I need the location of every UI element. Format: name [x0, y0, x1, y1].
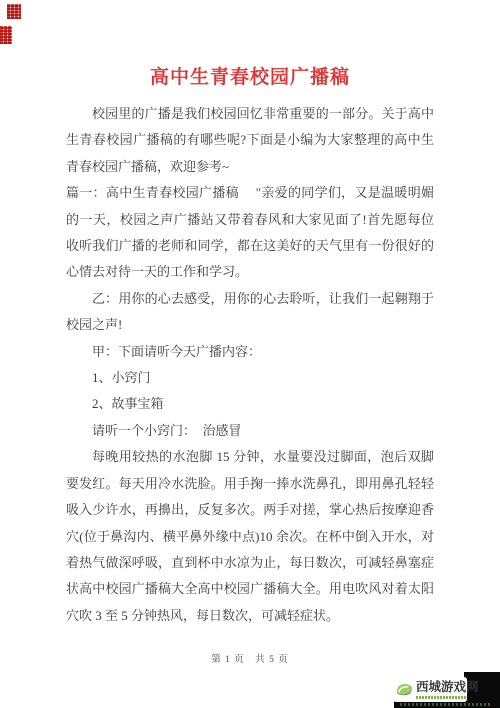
paragraph: 每晚用较热的水泡脚 15 分钟，水量要没过脚面，泡后双脚要发红。每天用冷水洗脸。… [66, 444, 434, 629]
document-body: 校园里的广播是我们校园回忆非常重要的一部分。关于高中生青春校园广播稿的有哪些呢?… [66, 101, 434, 629]
corner-black-strip [394, 701, 500, 708]
paragraph: 校园里的广播是我们校园回忆非常重要的一部分。关于高中生青春校园广播稿的有哪些呢?… [66, 101, 434, 180]
leaf-icon [395, 681, 414, 698]
page-title: 高中生青春校园广播稿 [0, 62, 500, 89]
site-watermark-logo[interactable]: 西城游戏网 [393, 677, 467, 702]
logo-text-block: 西城游戏网 [416, 681, 479, 699]
paragraph: 篇一：高中生青春校园广播稿 "亲爱的同学们，又是温暖明媚的一天，校园之声广播站又… [66, 180, 434, 286]
site-name: 西城游戏网 [416, 681, 479, 694]
paragraph: 请听一个小窍门： 治感冒 [66, 418, 434, 444]
red-stamp-icon [7, 4, 21, 19]
tiny-text-strip [400, 703, 492, 706]
paragraph: 乙：用你的心去感受，用你的心去聆听，让我们一起翱翔于校园之声! [66, 286, 434, 339]
page-indicator: 第 1 页 共 5 页 [0, 651, 500, 665]
logo-tiny-text [416, 696, 466, 699]
document-page: { "page": { "title": "高中生青春校园广播稿", "titl… [0, 0, 500, 708]
paragraph: 1、小窍门 [66, 365, 434, 391]
paragraph: 甲：下面请听今天广播内容： [66, 339, 434, 365]
paragraph: 2、故事宝箱 [66, 391, 434, 417]
red-stamp-icon [0, 26, 12, 44]
